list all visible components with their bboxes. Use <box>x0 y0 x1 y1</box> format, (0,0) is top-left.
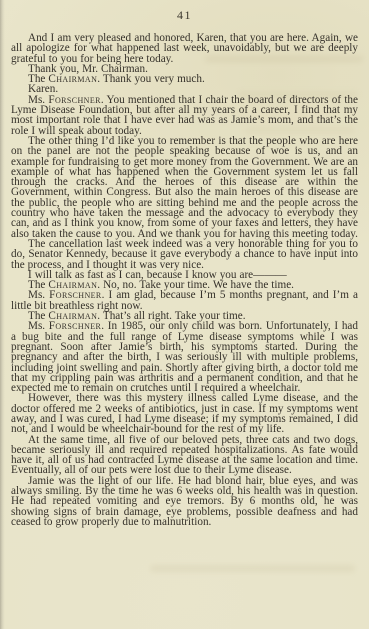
page-number: 41 <box>0 8 369 23</box>
page-body: And I am very pleased and honored, Karen… <box>11 33 358 527</box>
paragraph-text: Jamie was the light of our life. He had … <box>11 475 358 528</box>
paragraph-text: . In 1985, our only child was born. Unfo… <box>11 320 358 394</box>
paragraph: The other thing I’d like you to remember… <box>11 136 358 239</box>
paragraph: Ms. Forschner. In 1985, our only child w… <box>11 321 358 393</box>
paragraph: However, there was this mystery illness … <box>11 393 358 434</box>
paragraph-text: And I am very pleased and honored, Karen… <box>11 32 358 65</box>
paragraph: The cancellation last week indeed was a … <box>11 239 358 270</box>
paragraph: At the same time, all five of our belove… <box>11 435 358 476</box>
bleedthrough-smudge <box>150 565 355 572</box>
paragraph-text: . Thank you very much. <box>97 73 204 85</box>
scan-edge-shadow <box>0 0 5 629</box>
paragraph: Jamie was the light of our life. He had … <box>11 476 358 527</box>
paragraph: Ms. Forschner. You mentioned that I chai… <box>11 95 358 136</box>
paragraph: Ms. Forschner. I am glad, because I’m 5 … <box>11 290 358 311</box>
paragraph-text: At the same time, all five of our belove… <box>11 434 358 477</box>
paragraph: The Chairman. Thank you very much. <box>11 74 358 84</box>
paragraph-text: However, there was this mystery illness … <box>11 392 358 435</box>
scanned-page: 41 And I am very pleased and honored, Ka… <box>0 0 369 629</box>
paragraph-text: The other thing I’d like you to remember… <box>11 135 358 240</box>
paragraph: And I am very pleased and honored, Karen… <box>11 33 358 64</box>
paragraph-text: The cancellation last week indeed was a … <box>11 238 358 271</box>
